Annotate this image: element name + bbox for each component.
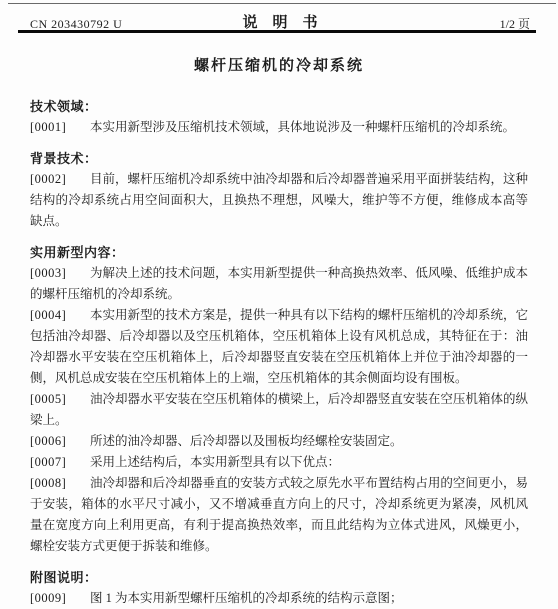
paragraph: [0006]所述的油冷却器、后冷却器以及围板均经螺栓安装固定。: [30, 431, 528, 452]
paragraph: [0001]本实用新型涉及压缩机技术领域，具体地说涉及一种螺杆压缩机的冷却系统。: [30, 117, 528, 138]
paragraph-text: 目前，螺杆压缩机冷却系统中油冷却器和后冷却器普遍采用平面拼装结构，这种结构的冷却…: [30, 172, 528, 228]
paragraph-number: [0009]: [30, 588, 70, 609]
header-rule: [18, 30, 536, 33]
section-heading: 技术领域：: [30, 96, 528, 117]
paragraph-text: 图 1 为本实用新型螺杆压缩机的冷却系统的结构示意图；: [90, 591, 403, 605]
paragraph: [0004]本实用新型的技术方案是，提供一种具有以下结构的螺杆压缩机的冷却系统，…: [30, 305, 528, 389]
paragraph: [0002]目前，螺杆压缩机冷却系统中油冷却器和后冷却器普遍采用平面拼装结构，这…: [30, 169, 528, 232]
paragraph-text: 采用上述结构后，本实用新型具有以下优点：: [90, 455, 340, 469]
paragraph: [0005]油冷却器水平安装在空压机箱体的横梁上，后冷却器竖直安装在空压机箱体的…: [30, 389, 528, 431]
paragraph: [0003]为解决上述的技术问题，本实用新型提供一种高换热效率、低风噪、低维护成…: [30, 263, 528, 305]
patent-specification-page: CN 203430792 U 说 明 书 1/2 页 螺杆压缩机的冷却系统 技术…: [0, 0, 558, 609]
paragraph-text: 本实用新型涉及压缩机技术领域，具体地说涉及一种螺杆压缩机的冷却系统。: [90, 120, 515, 134]
paragraph-number: [0002]: [30, 169, 70, 190]
paragraph: [0009]图 1 为本实用新型螺杆压缩机的冷却系统的结构示意图；: [30, 588, 528, 609]
paragraph-text: 本实用新型的技术方案是，提供一种具有以下结构的螺杆压缩机的冷却系统，它包括油冷却…: [30, 308, 528, 385]
paragraph-number: [0005]: [30, 389, 70, 410]
paragraph-text: 为解决上述的技术问题，本实用新型提供一种高换热效率、低风噪、低维护成本的螺杆压缩…: [30, 266, 528, 301]
paragraph-number: [0003]: [30, 263, 70, 284]
paragraph-number: [0001]: [30, 117, 70, 138]
paragraph: [0007]采用上述结构后，本实用新型具有以下优点：: [30, 452, 528, 473]
section-heading: 背景技术：: [30, 148, 528, 169]
section-heading: 实用新型内容：: [30, 242, 528, 263]
paragraph-number: [0007]: [30, 452, 70, 473]
document-type-title: 说 明 书: [180, 11, 380, 32]
section-heading: 附图说明：: [30, 567, 528, 588]
page-header: CN 203430792 U 说 明 书 1/2 页: [30, 11, 530, 32]
patent-title: 螺杆压缩机的冷却系统: [0, 54, 558, 75]
document-body: 技术领域：[0001]本实用新型涉及压缩机技术领域，具体地说涉及一种螺杆压缩机的…: [30, 94, 528, 609]
paragraph-text: 油冷却器水平安装在空压机箱体的横梁上，后冷却器竖直安装在空压机箱体的纵梁上。: [30, 392, 528, 427]
paragraph-number: [0008]: [30, 473, 70, 494]
paragraph-number: [0004]: [30, 305, 70, 326]
top-border-line: [8, 3, 556, 4]
paragraph-text: 油冷却器和后冷却器垂直的安装方式较之原先水平布置结构占用的空间更小，易于安装，箱…: [30, 476, 528, 553]
paragraph-number: [0006]: [30, 431, 70, 452]
paragraph-text: 所述的油冷却器、后冷却器以及围板均经螺栓安装固定。: [90, 434, 403, 448]
paragraph: [0008]油冷却器和后冷却器垂直的安装方式较之原先水平布置结构占用的空间更小，…: [30, 473, 528, 557]
